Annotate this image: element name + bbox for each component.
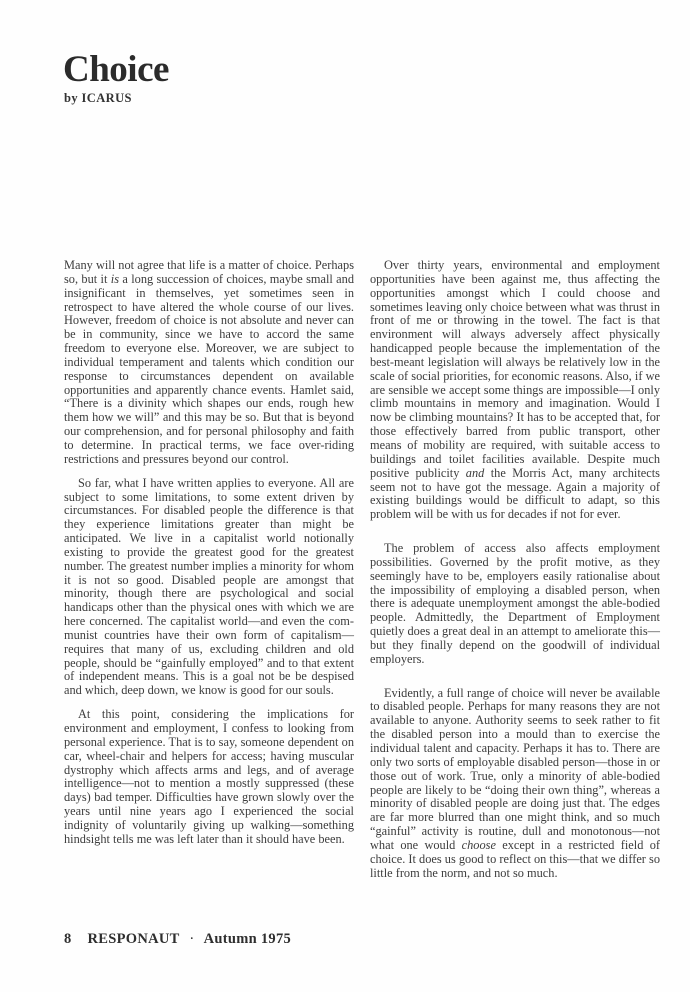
issue-date: Autumn 1975 [204, 931, 292, 947]
emphasis: choose [462, 838, 496, 852]
right-column: Over thirty years, environmental and emp… [370, 259, 660, 890]
page-footer: 8 RESPONAUT · Autumn 1975 [64, 931, 291, 948]
left-column: Many will not agree that life is a matte… [64, 259, 354, 857]
article-byline: by ICARUS [64, 91, 132, 106]
page-number: 8 [64, 931, 72, 947]
paragraph: Over thirty years, environmental and emp… [370, 259, 660, 522]
emphasis: is [111, 272, 119, 286]
publication-name: RESPONAUT [88, 931, 180, 947]
paragraph: Many will not agree that life is a matte… [64, 259, 354, 467]
paragraph: The problem of access also affects emplo… [370, 542, 660, 667]
magazine-page: Choice by ICARUS Many will not agree tha… [0, 0, 690, 992]
article-title: Choice [63, 50, 169, 90]
emphasis: and [466, 466, 485, 480]
paragraph: So far, what I have written applies to e… [64, 477, 354, 699]
paragraph: Evidently, a full range of choice will n… [370, 687, 660, 881]
footer-separator: · [189, 931, 194, 947]
paragraph: At this point, considering the implicati… [64, 708, 354, 846]
